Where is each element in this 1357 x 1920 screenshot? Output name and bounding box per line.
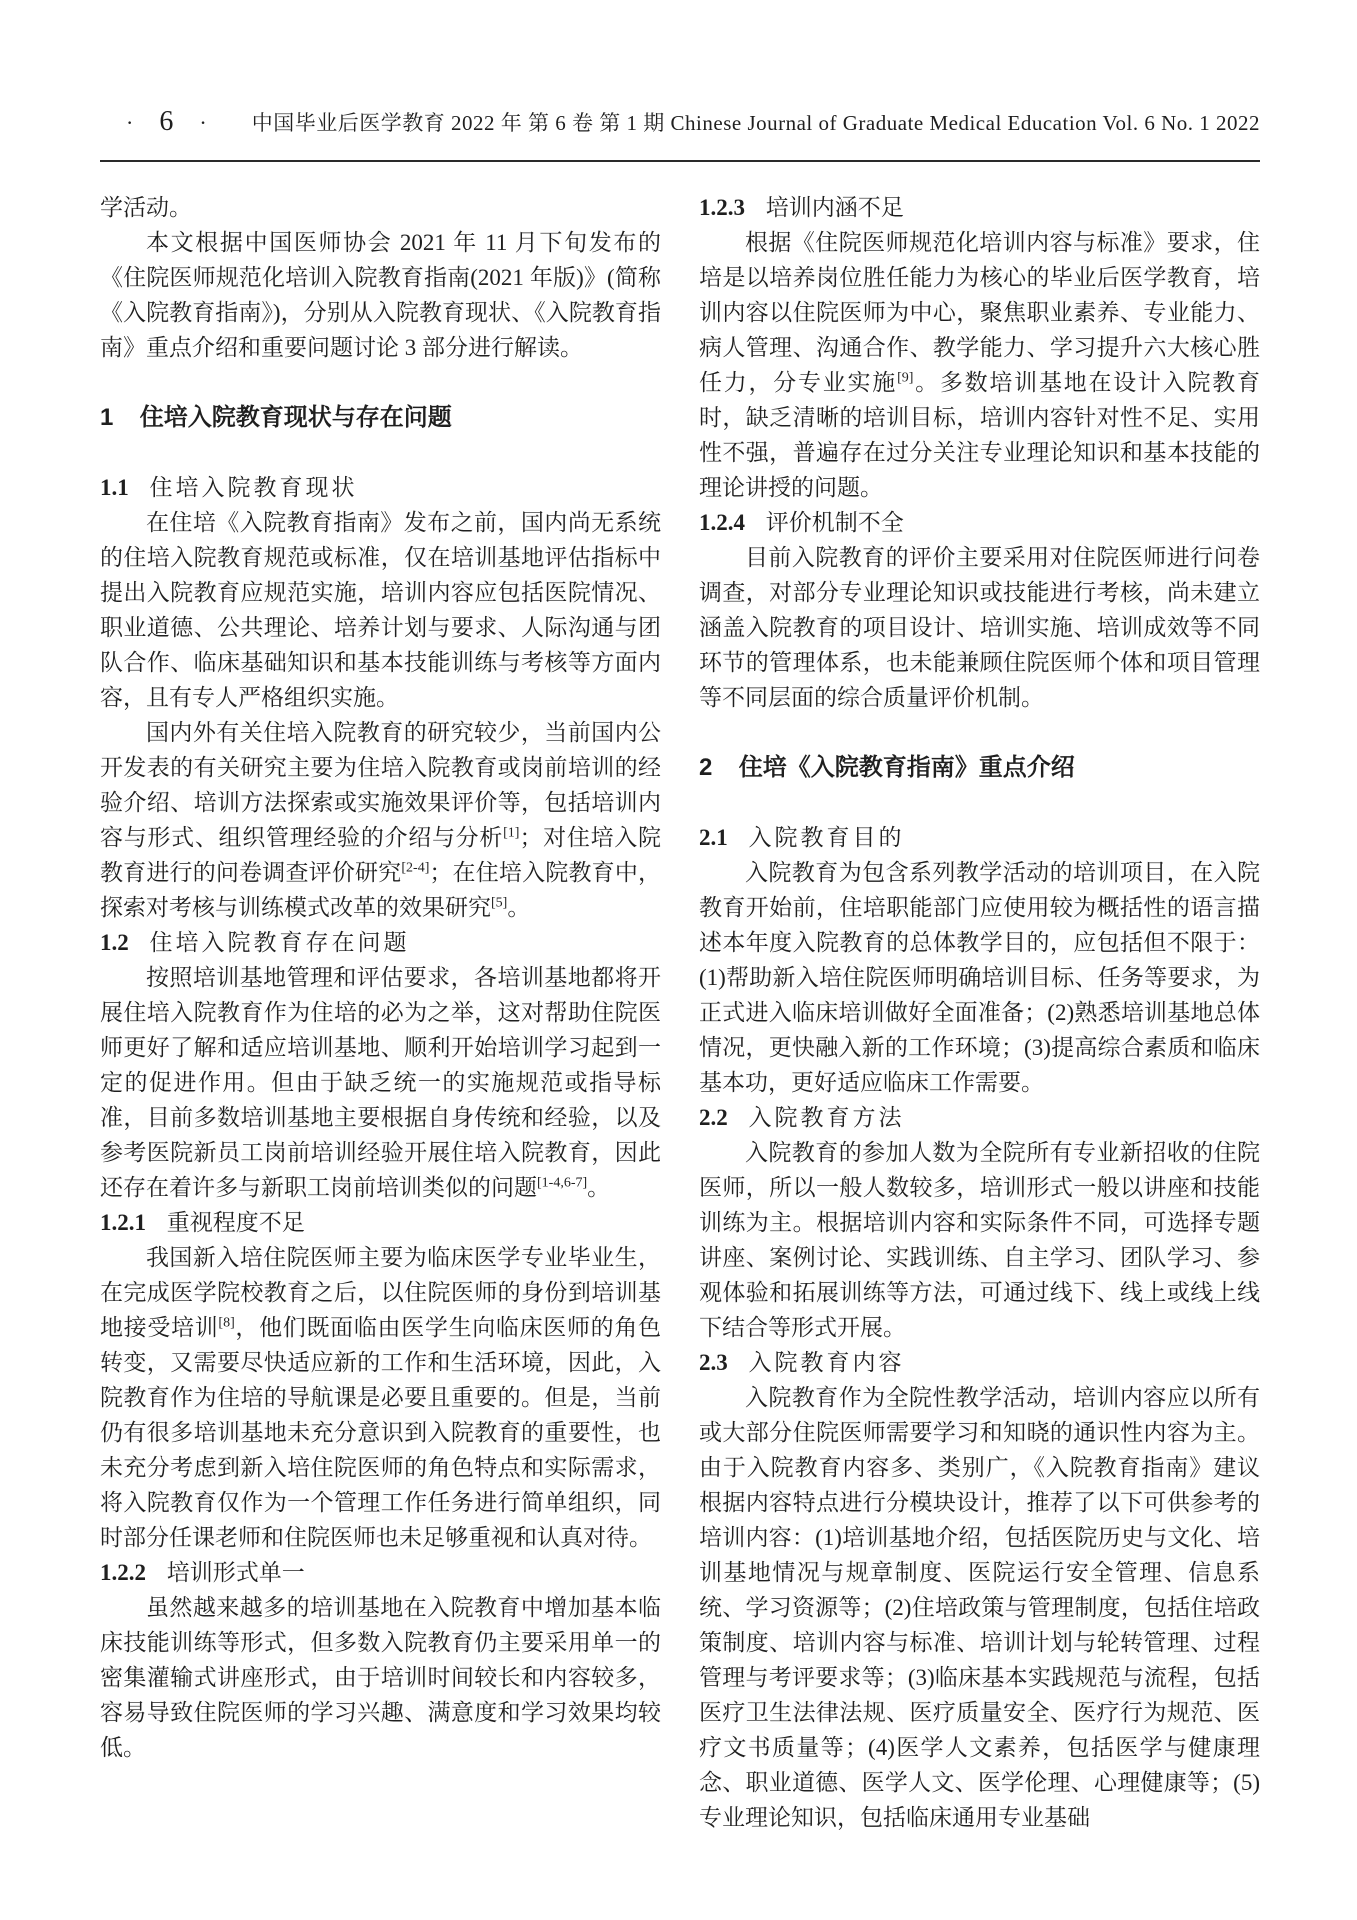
header-rule: [100, 160, 1260, 162]
subsection-title: 入院教育内容: [748, 1350, 904, 1375]
section-heading: 1住培入院教育现状与存在问题: [100, 400, 661, 435]
subsubsection-number: 1.2.3: [699, 195, 745, 220]
subsection-number: 2.1: [699, 825, 728, 850]
paragraph: 学活动。: [100, 190, 661, 225]
section-number: 2: [699, 754, 712, 781]
subsection-number: 1.1: [100, 475, 129, 500]
section-number: 1: [100, 404, 113, 431]
journal-page: · 6 · 中国毕业后医学教育 2022 年 第 6 卷 第 1 期 Chine…: [0, 0, 1357, 1920]
subsection-number: 1.2: [100, 930, 129, 955]
page-header: · 6 · 中国毕业后医学教育 2022 年 第 6 卷 第 1 期 Chine…: [100, 106, 1260, 138]
subsubsection-heading: 1.2.3培训内涵不足: [699, 190, 1260, 225]
subsection-heading: 2.3入院教育内容: [699, 1345, 1260, 1380]
page-number-dot-left: ·: [100, 110, 159, 136]
right-column: 1.2.3培训内涵不足 根据《住院医师规范化培训内容与标准》要求，住培是以培养岗…: [699, 190, 1260, 1835]
paragraph: 在住培《入院教育指南》发布之前，国内尚无系统的住培入院教育规范或标准，仅在培训基…: [100, 505, 661, 715]
paragraph: 目前入院教育的评价主要采用对住院医师进行问卷调查，对部分专业理论知识或技能进行考…: [699, 540, 1260, 715]
page-number-group: · 6 ·: [100, 106, 233, 138]
section-title: 住培《入院教育指南》重点介绍: [739, 754, 1075, 781]
paragraph: 本文根据中国医师协会 2021 年 11 月下旬发布的《住院医师规范化培训入院教…: [100, 225, 661, 365]
subsubsection-heading: 1.2.2培训形式单一: [100, 1555, 661, 1590]
paragraph: 入院教育为包含系列教学活动的培训项目，在入院教育开始前，住培职能部门应使用较为概…: [699, 855, 1260, 1100]
paragraph: 虽然越来越多的培训基地在入院教育中增加基本临床技能训练等形式，但多数入院教育仍主…: [100, 1590, 661, 1765]
subsubsection-number: 1.2.2: [100, 1560, 146, 1585]
subsection-title: 住培入院教育存在问题: [149, 930, 409, 955]
subsubsection-title: 培训形式单一: [167, 1560, 305, 1585]
subsection-title: 入院教育目的: [748, 825, 904, 850]
paragraph: 国内外有关住培入院教育的研究较少，当前国内公开发表的有关研究主要为住培入院教育或…: [100, 715, 661, 925]
subsubsection-heading: 1.2.4评价机制不全: [699, 505, 1260, 540]
paragraph: 入院教育作为全院性教学活动，培训内容应以所有或大部分住院医师需要学习和知晓的通识…: [699, 1380, 1260, 1835]
subsection-number: 2.3: [699, 1350, 728, 1375]
subsubsection-title: 培训内涵不足: [766, 195, 904, 220]
subsubsection-number: 1.2.4: [699, 510, 745, 535]
subsection-heading: 1.2住培入院教育存在问题: [100, 925, 661, 960]
page-number-dot-right: ·: [173, 110, 232, 136]
paragraph: 我国新入培住院医师主要为临床医学专业毕业生，在完成医学院校教育之后，以住院医师的…: [100, 1240, 661, 1555]
subsection-title: 住培入院教育现状: [149, 475, 357, 500]
section-title: 住培入院教育现状与存在问题: [140, 404, 452, 431]
subsection-heading: 2.2入院教育方法: [699, 1100, 1260, 1135]
subsection-heading: 2.1入院教育目的: [699, 820, 1260, 855]
left-column: 学活动。 本文根据中国医师协会 2021 年 11 月下旬发布的《住院医师规范化…: [100, 190, 661, 1835]
subsubsection-number: 1.2.1: [100, 1210, 146, 1235]
paragraph: 入院教育的参加人数为全院所有专业新招收的住院医师，所以一般人数较多，培训形式一般…: [699, 1135, 1260, 1345]
journal-title-line: 中国毕业后医学教育 2022 年 第 6 卷 第 1 期 Chinese Jou…: [252, 107, 1260, 137]
article-body: 学活动。 本文根据中国医师协会 2021 年 11 月下旬发布的《住院医师规范化…: [100, 190, 1260, 1835]
paragraph: 根据《住院医师规范化培训内容与标准》要求，住培是以培养岗位胜任能力为核心的毕业后…: [699, 225, 1260, 505]
subsection-heading: 1.1住培入院教育现状: [100, 470, 661, 505]
subsubsection-heading: 1.2.1重视程度不足: [100, 1205, 661, 1240]
subsubsection-title: 重视程度不足: [167, 1210, 305, 1235]
subsection-number: 2.2: [699, 1105, 728, 1130]
subsection-title: 入院教育方法: [748, 1105, 904, 1130]
section-heading: 2住培《入院教育指南》重点介绍: [699, 750, 1260, 785]
paragraph: 按照培训基地管理和评估要求，各培训基地都将开展住培入院教育作为住培的必为之举，这…: [100, 960, 661, 1205]
subsubsection-title: 评价机制不全: [766, 510, 904, 535]
page-number: 6: [159, 106, 173, 138]
